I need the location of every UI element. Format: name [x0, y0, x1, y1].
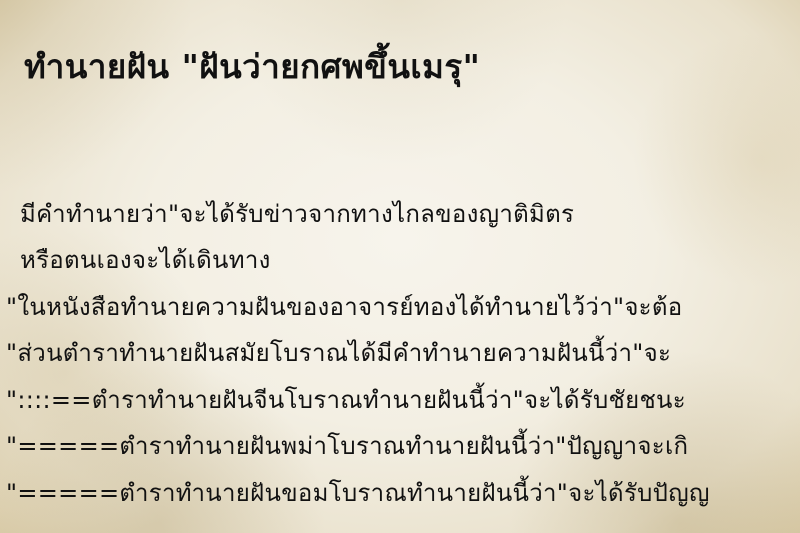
- interpretation-line: "ส่วนตำราทำนายฝันสมัยโบราณได้มีคำทำนายคว…: [6, 333, 671, 372]
- interpretation-line: "=====ตำราทำนายฝันขอมโบราณทำนายฝันนี้ว่า…: [6, 473, 710, 512]
- interpretation-line: "=====ตำราทำนายฝันพม่าโบราณทำนายฝันนี้ว่…: [6, 426, 688, 465]
- page-title: ทำนายฝัน "ฝันว่ายกศพขึ้นเมรุ": [24, 40, 480, 93]
- interpretation-line: "::::==ตำราทำนายฝันจีนโบราณทำนายฝันนี้ว่…: [6, 380, 686, 419]
- interpretation-line: "ในหนังสือทำนายความฝันของอาจารย์ทองได้ทำ…: [6, 287, 682, 326]
- interpretation-line: หรือตนเองจะได้เดินทาง: [20, 240, 271, 279]
- interpretation-line: มีคำทำนายว่า"จะได้รับข่าวจากทางไกลของญาต…: [20, 194, 574, 233]
